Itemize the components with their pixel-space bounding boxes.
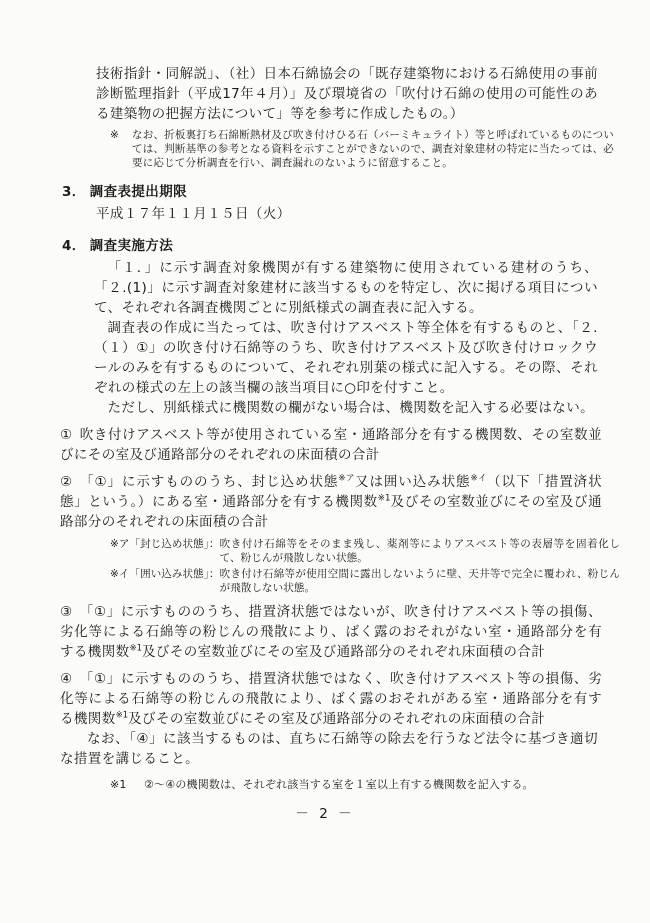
footnote-ref-1: ※1 [116,711,129,721]
section-4-paragraph-1: 「１．」に示す調査対象機関が有する建築物に使用されている建材のうち、「２.(1)… [94,258,598,318]
section-4-title: 調査実施方法 [90,238,173,254]
footnote-ref-b: ※イ [470,474,487,484]
state-note-sealed-label: ※ア「封じ込め状態」： [110,537,220,565]
general-note-text: なお、折板裏打ち石綿断熱材及び吹き付けひる石（バーミキュライト）等と呼ばれている… [132,128,614,170]
state-note-enclosed: ※イ「囲い込み状態」： 吹き付け石綿等が使用空間に露出しないように壁、天井等で完… [110,567,620,595]
asterisk-marker: ※ [110,128,132,170]
state-note-enclosed-label: ※イ「囲い込み状態」： [110,567,220,595]
item-3-text: 及びその室数並びにその室及び通路部分のそれぞれ床面積の合計 [142,644,545,660]
submission-deadline-date: 平成１７年１１月１５日（火） [96,204,650,224]
item-2-text: 又は囲い込み状態 [355,474,470,490]
item-2-marker: ② [60,474,73,490]
section-4-paragraph-3: ただし、別紙様式に機関数の欄がない場合は、機関数を記入する必要はない。 [94,398,598,418]
item-2-text: 「①」に示すもののうち、封じ込め状態 [80,474,338,490]
intro-paragraph: 技術指針・同解説」、（社）日本石綿協会の「既存建築物における石綿使用の事前診断監… [96,64,598,124]
footnote-1-text: ②～④の機関数は、それぞれ該当する室を１室以上有する機関数を記入する。 [144,777,620,792]
section-4-number: 4． [62,238,86,254]
item-3-marker: ③ [60,604,73,620]
footnote-1-marker: ※1 [110,777,144,792]
section-3-number: 3． [62,184,86,200]
list-item-3: ③「①」に示すもののうち、措置済状態ではないが、吹き付けアスベスト等の損傷、劣化… [60,602,602,662]
list-item-2: ②「①」に示すもののうち、封じ込め状態※ア又は囲い込み状態※イ（以下「措置済状態… [60,472,602,532]
item-4-text: 及びその室数並びにその室及び通路部分のそれぞれの床面積の合計 [128,711,545,727]
item-1-marker: ① [60,427,73,443]
section-3-title: 調査表提出期限 [90,184,187,200]
document-page: 技術指針・同解説」、（社）日本石綿協会の「既存建築物における石綿使用の事前診断監… [0,0,650,923]
state-note-sealed-text: 吹き付け石綿等をそのまま残し、薬剤等によりアスベスト等の表層等を固着化して、粉じ… [220,537,620,565]
item-4-marker: ④ [60,671,73,687]
footnote-1: ※1 ②～④の機関数は、それぞれ該当する室を１室以上有する機関数を記入する。 [110,777,620,792]
general-note: ※ なお、折板裏打ち石綿断熱材及び吹き付けひる石（バーミキュライト）等と呼ばれて… [110,128,614,170]
footnote-ref-1: ※1 [378,494,391,504]
section-4-paragraph-2: 調査表の作成に当たっては、吹き付けアスベスト等全体を有するものと、「２.（１）①… [94,318,598,398]
page-number: － 2 － [0,804,650,824]
section-3-heading: 3．調査表提出期限 [62,182,650,202]
footnote-ref-1: ※1 [130,644,143,654]
footnote-ref-a: ※ア [338,474,355,484]
state-note-enclosed-text: 吹き付け石綿等が使用空間に露出しないように壁、天井等で完全に覆われ、粉じんが飛散… [220,567,620,595]
list-item-1: ①吹き付けアスベスト等が使用されている室・通路部分を有する機関数、その室数並びに… [60,425,602,465]
item-4-supplementary-note: なお、「④」に該当するものは、直ちに石綿等の除去を行うなど法令に基づき適切な措置… [60,729,598,769]
list-item-4: ④「①」に示すもののうち、措置済状態ではなく、吹き付けアスベスト等の損傷、劣化等… [60,669,602,729]
item-1-text: 吹き付けアスベスト等が使用されている室・通路部分を有する機関数、その室数並びにそ… [60,427,602,463]
state-note-sealed: ※ア「封じ込め状態」： 吹き付け石綿等をそのまま残し、薬剤等によりアスベスト等の… [110,537,620,565]
section-4-heading: 4．調査実施方法 [62,236,650,256]
